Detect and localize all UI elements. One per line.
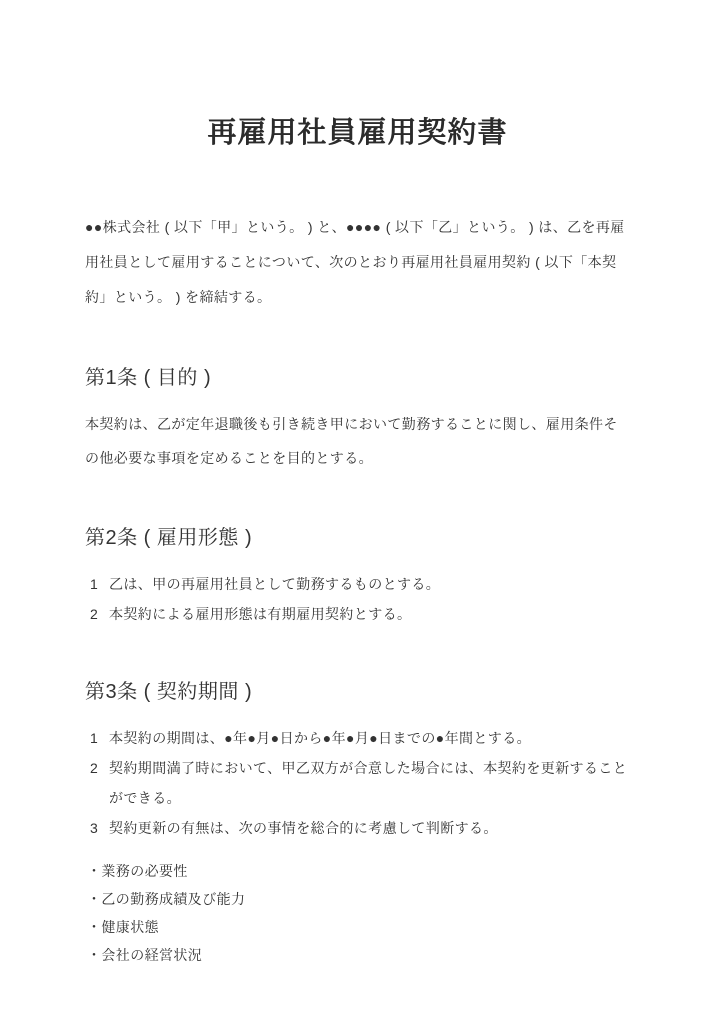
article-3-clause-list: 1 本契約の期間は、●年●月●日から●年●月●日までの●年間とする。 2 契約期… [85,723,630,843]
bullet-item: ・ 会社の経営状況 [85,941,630,969]
article-2-clause-list: 1 乙は、甲の再雇用社員として勤務するものとする。 2 本契約による雇用形態は有… [85,569,630,629]
article-3-heading: 第3条 ( 契約期間 ) [85,677,630,707]
document-page: 再雇用社員雇用契約書 ●●株式会社 ( 以下「甲」という。 ) と、●●●● (… [0,0,724,1024]
bullet-marker: ・ [85,857,101,885]
article-2-heading: 第2条 ( 雇用形態 ) [85,523,630,553]
document-title: 再雇用社員雇用契約書 [85,112,630,154]
article-1-heading: 第1条 ( 目的 ) [85,363,630,393]
clause-text: 契約期間満了時において、甲乙双方が合意した場合には、本契約を更新することができる… [109,753,630,813]
bullet-item: ・ 業務の必要性 [85,857,630,885]
clause-text: 本契約による雇用形態は有期雇用契約とする。 [109,599,630,629]
bullet-marker: ・ [85,913,101,941]
clause-number: 1 [85,723,109,753]
bullet-text: 乙の勤務成績及び能力 [101,885,630,913]
clause-number: 2 [85,599,109,629]
clause-number: 1 [85,569,109,599]
clause-number: 3 [85,813,109,843]
section-article-1: 第1条 ( 目的 ) 本契約は、乙が定年退職後も引き続き甲において勤務することに… [85,363,630,475]
clause-number: 2 [85,753,109,813]
clause-text: 契約更新の有無は、次の事情を総合的に考慮して判断する。 [109,813,630,843]
numbered-clause: 3 契約更新の有無は、次の事情を総合的に考慮して判断する。 [85,813,630,843]
intro-paragraph: ●●株式会社 ( 以下「甲」という。 ) と、●●●● ( 以下「乙」という。 … [85,210,630,315]
article-1-body: 本契約は、乙が定年退職後も引き続き甲において勤務することに関し、雇用条件その他必… [85,407,630,475]
numbered-clause: 1 乙は、甲の再雇用社員として勤務するものとする。 [85,569,630,599]
bullet-marker: ・ [85,885,101,913]
section-article-2: 第2条 ( 雇用形態 ) 1 乙は、甲の再雇用社員として勤務するものとする。 2… [85,523,630,629]
section-article-3: 第3条 ( 契約期間 ) 1 本契約の期間は、●年●月●日から●年●月●日までの… [85,677,630,969]
bullet-item: ・ 健康状態 [85,913,630,941]
bullet-text: 会社の経営状況 [101,941,630,969]
numbered-clause: 1 本契約の期間は、●年●月●日から●年●月●日までの●年間とする。 [85,723,630,753]
clause-text: 乙は、甲の再雇用社員として勤務するものとする。 [109,569,630,599]
numbered-clause: 2 契約期間満了時において、甲乙双方が合意した場合には、本契約を更新することがで… [85,753,630,813]
clause-text: 本契約の期間は、●年●月●日から●年●月●日までの●年間とする。 [109,723,630,753]
numbered-clause: 2 本契約による雇用形態は有期雇用契約とする。 [85,599,630,629]
bullet-text: 業務の必要性 [101,857,630,885]
bullet-item: ・ 乙の勤務成績及び能力 [85,885,630,913]
bullet-text: 健康状態 [101,913,630,941]
bullet-marker: ・ [85,941,101,969]
article-3-consideration-list: ・ 業務の必要性 ・ 乙の勤務成績及び能力 ・ 健康状態 ・ 会社の経営状況 [85,857,630,969]
